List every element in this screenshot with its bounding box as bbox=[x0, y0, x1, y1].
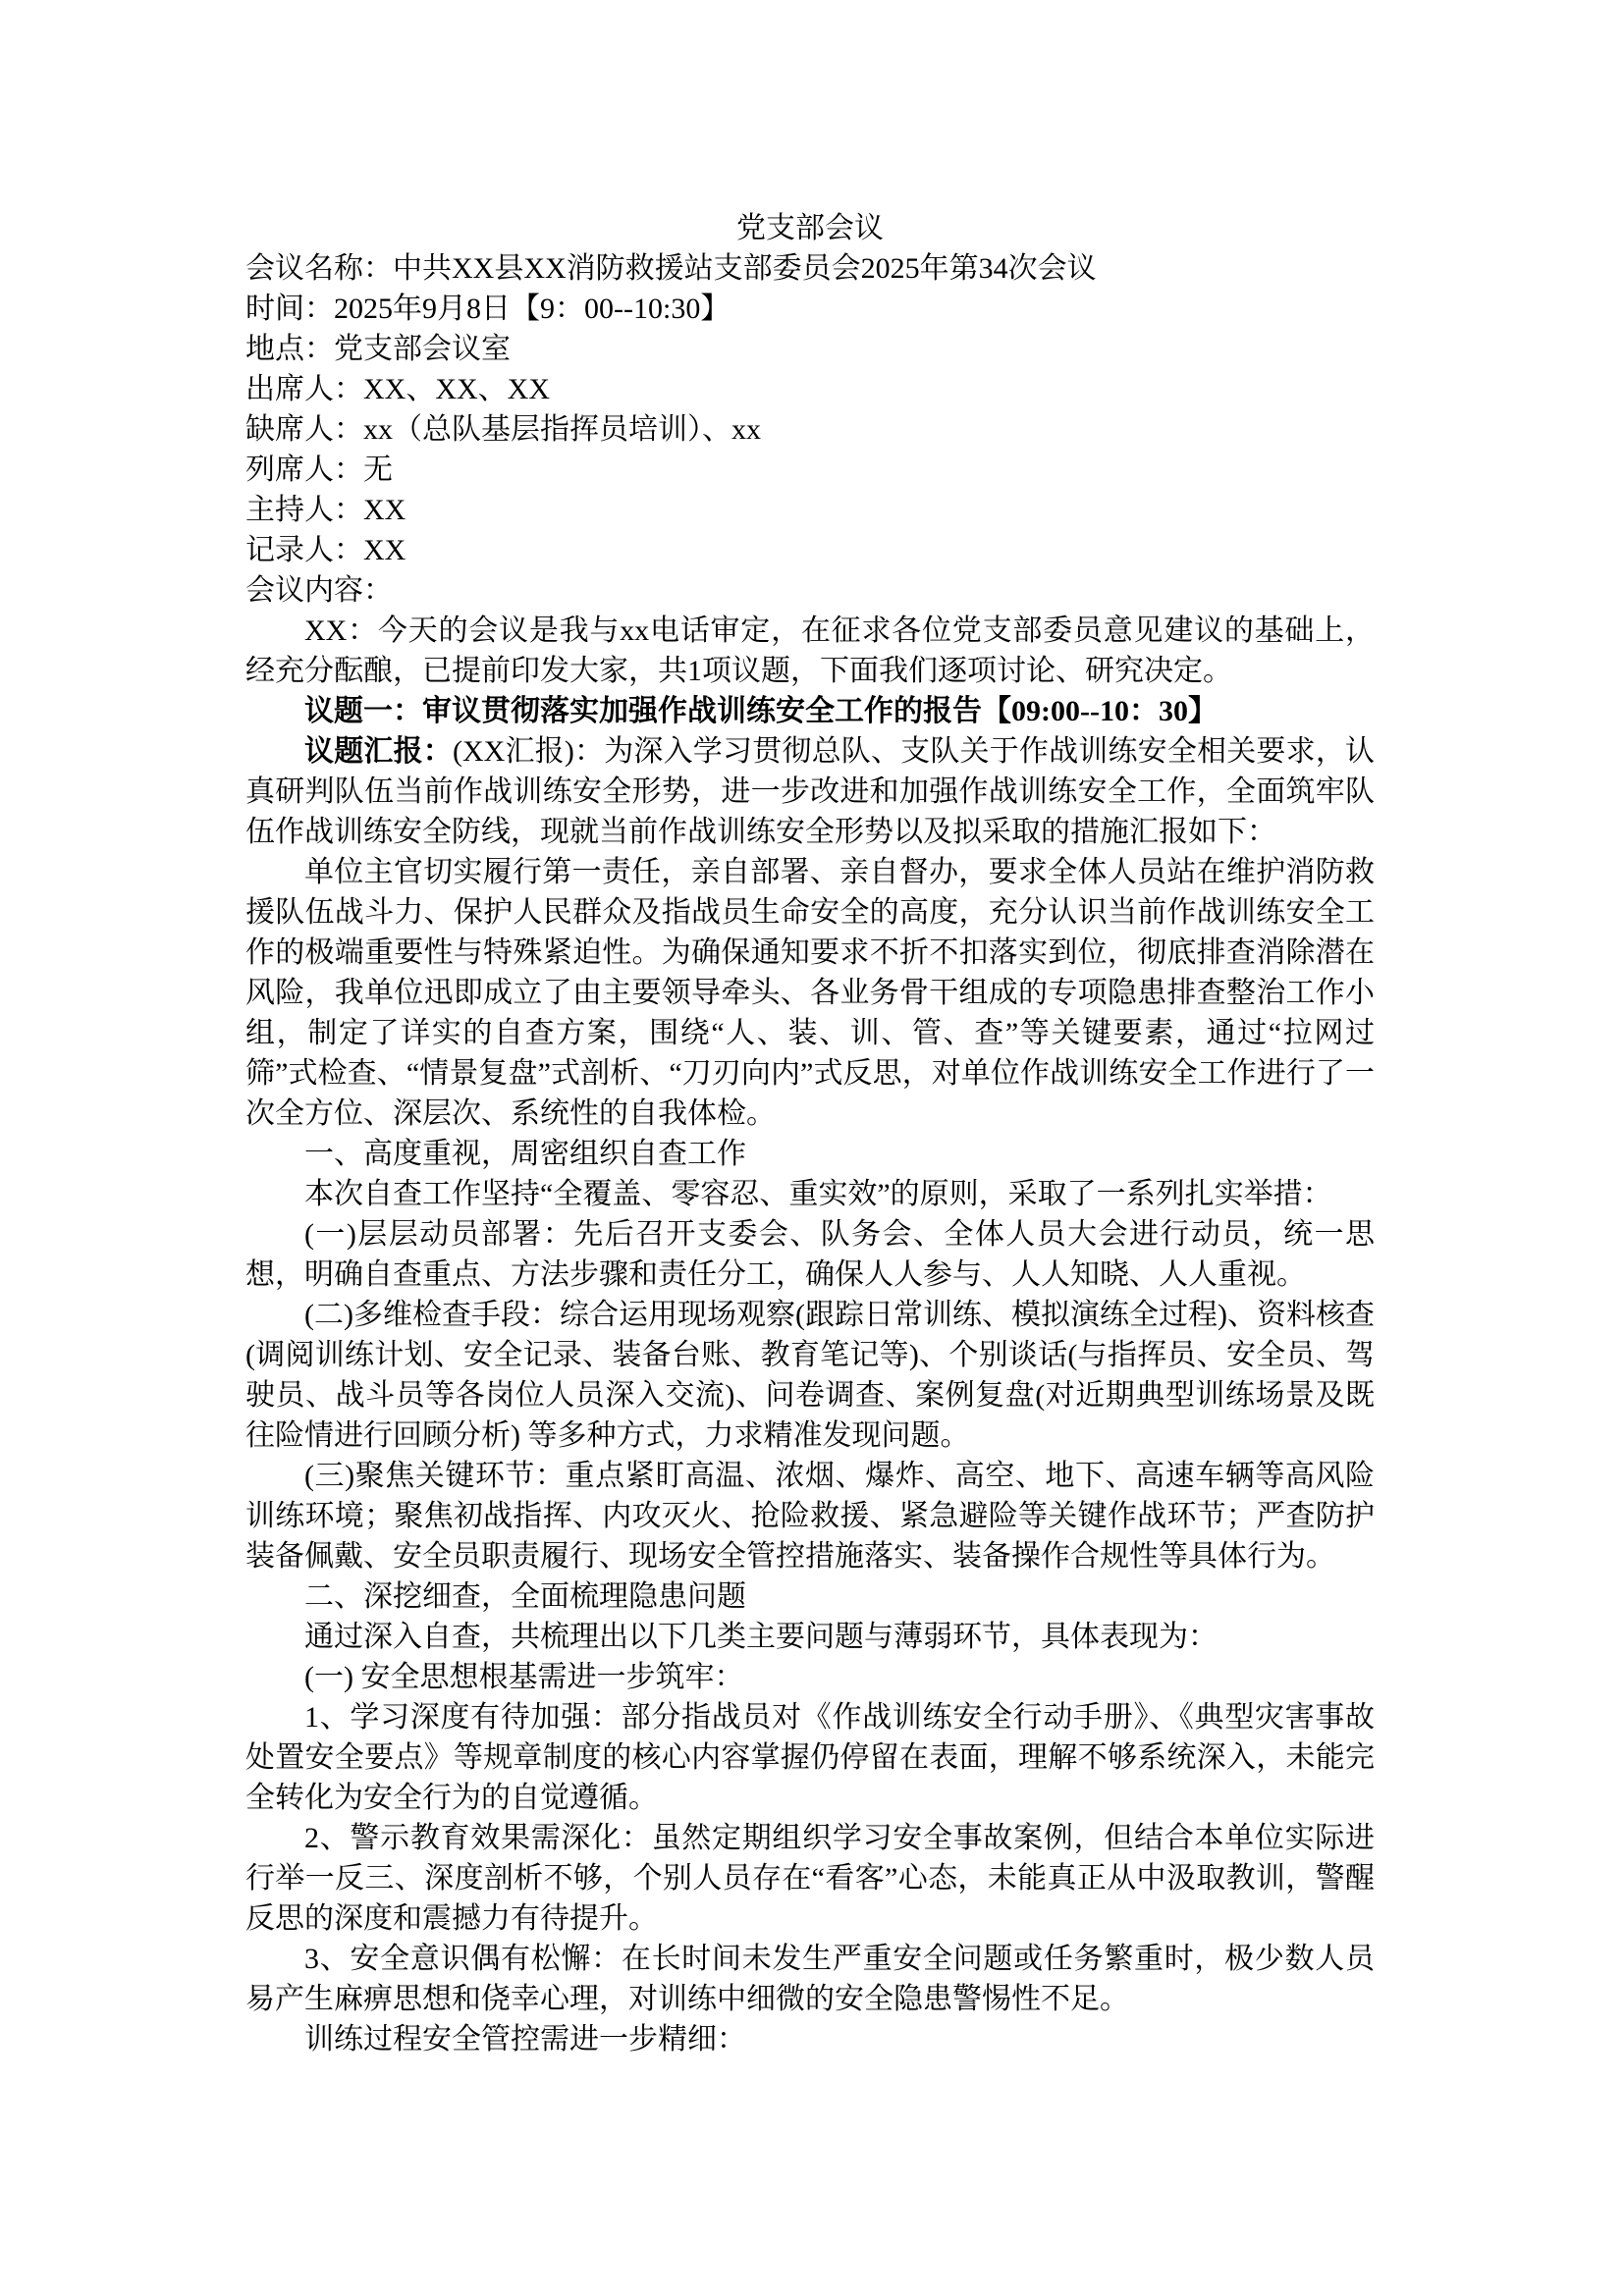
body-text: 二、深挖细查，全面梳理隐患问题 bbox=[304, 1580, 746, 1613]
paragraph: (一)层层动员部署：先后召开支委会、队务会、全体人员大会进行动员，统一思想，明确… bbox=[245, 1214, 1375, 1295]
paragraph: 议题汇报：(XX汇报)：为深入学习贯彻总队、支队关于作战训练安全相关要求，认真研… bbox=[245, 731, 1375, 852]
body-text: 通过深入自查，共梳理出以下几类主要问题与薄弱环节，具体表现为： bbox=[304, 1621, 1218, 1653]
paragraph: 训练过程安全管控需进一步精细： bbox=[245, 2019, 1375, 2059]
body-text: 2、警示教育效果需深化：虽然定期组织学习安全事故案例，但结合本单位实际进行举一反… bbox=[245, 1822, 1375, 1935]
body-text: 时间：2025年9月8日【9：00--10:30】 bbox=[245, 293, 730, 325]
paragraph: 单位主官切实履行第一责任，亲自部署、亲自督办，要求全体人员站在维护消防救援队伍战… bbox=[245, 852, 1375, 1134]
paragraph: 3、安全意识偶有松懈：在长时间未发生严重安全问题或任务繁重时，极少数人员易产生麻… bbox=[245, 1939, 1375, 2019]
body-text: 列席人：无 bbox=[245, 454, 393, 486]
body-text: 记录人：XX bbox=[245, 534, 406, 566]
document-page: 党支部会议 会议名称：中共XX县XX消防救援站支部委员会2025年第34次会议时… bbox=[0, 0, 1624, 2296]
paragraph: 议题一：审议贯彻落实加强作战训练安全工作的报告【09:00--10：30】 bbox=[245, 691, 1375, 731]
body-text: 训练过程安全管控需进一步精细： bbox=[304, 2023, 746, 2056]
body-text: 会议内容： bbox=[245, 574, 393, 607]
paragraph: 1、学习深度有待加强：部分指战员对《作战训练安全行动手册》、《典型灾害事故处置安… bbox=[245, 1697, 1375, 1818]
body-text: 出席人：XX、XX、XX bbox=[245, 373, 550, 405]
body-text: 1、学习深度有待加强：部分指战员对《作战训练安全行动手册》、《典型灾害事故处置安… bbox=[245, 1701, 1375, 1814]
body-text: (二)多维检查手段：综合运用现场观察(跟踪日常训练、模拟演练全过程)、资料核查(… bbox=[245, 1299, 1375, 1452]
body-text: 会议名称：中共XX县XX消防救援站支部委员会2025年第34次会议 bbox=[245, 252, 1097, 285]
body-text: 一、高度重视，周密组织自查工作 bbox=[304, 1138, 746, 1170]
body-text: 缺席人：xx（总队基层指挥员培训）、xx bbox=[245, 413, 761, 446]
paragraph: (一) 安全思想根基需进一步筑牢： bbox=[245, 1657, 1375, 1697]
bold-text: 议题一：审议贯彻落实加强作战训练安全工作的报告【09:00--10：30】 bbox=[304, 695, 1218, 727]
body-text: 单位主官切实履行第一责任，亲自部署、亲自督办，要求全体人员站在维护消防救援队伍战… bbox=[245, 856, 1375, 1130]
body-text: XX：今天的会议是我与xx电话审定，在征求各位党支部委员意见建议的基础上，经充分… bbox=[245, 614, 1375, 687]
paragraph: (三)聚焦关键环节：重点紧盯高温、浓烟、爆炸、高空、地下、高速车辆等高风险训练环… bbox=[245, 1456, 1375, 1576]
meta-line: 出席人：XX、XX、XX bbox=[245, 369, 1375, 409]
paragraph: XX：今天的会议是我与xx电话审定，在征求各位党支部委员意见建议的基础上，经充分… bbox=[245, 611, 1375, 691]
body-text: 本次自查工作坚持“全覆盖、零容忍、重实效”的原则，采取了一系列扎实举措： bbox=[304, 1178, 1332, 1210]
meta-line: 时间：2025年9月8日【9：00--10:30】 bbox=[245, 289, 1375, 329]
body-text: (一) 安全思想根基需进一步筑牢： bbox=[304, 1661, 743, 1693]
meta-line: 地点：党支部会议室 bbox=[245, 329, 1375, 369]
bold-text: 议题汇报： bbox=[304, 735, 453, 768]
meta-line: 会议名称：中共XX县XX消防救援站支部委员会2025年第34次会议 bbox=[245, 248, 1375, 289]
meta-line: 会议内容： bbox=[245, 570, 1375, 611]
meta-line: 列席人：无 bbox=[245, 450, 1375, 490]
paragraph: 通过深入自查，共梳理出以下几类主要问题与薄弱环节，具体表现为： bbox=[245, 1617, 1375, 1657]
body-text: 地点：党支部会议室 bbox=[245, 333, 511, 365]
body-text: 3、安全意识偶有松懈：在长时间未发生严重安全问题或任务繁重时，极少数人员易产生麻… bbox=[245, 1943, 1375, 2015]
meta-line: 记录人：XX bbox=[245, 530, 1375, 570]
document-title: 党支部会议 bbox=[245, 208, 1375, 248]
paragraph: 二、深挖细查，全面梳理隐患问题 bbox=[245, 1576, 1375, 1617]
body-text: (一)层层动员部署：先后召开支委会、队务会、全体人员大会进行动员，统一思想，明确… bbox=[245, 1218, 1375, 1291]
paragraph: 本次自查工作坚持“全覆盖、零容忍、重实效”的原则，采取了一系列扎实举措： bbox=[245, 1174, 1375, 1214]
paragraph: 2、警示教育效果需深化：虽然定期组织学习安全事故案例，但结合本单位实际进行举一反… bbox=[245, 1818, 1375, 1939]
meta-line: 缺席人：xx（总队基层指挥员培训）、xx bbox=[245, 409, 1375, 450]
meta-line: 主持人：XX bbox=[245, 490, 1375, 530]
paragraph: 一、高度重视，周密组织自查工作 bbox=[245, 1134, 1375, 1174]
body-text: (三)聚焦关键环节：重点紧盯高温、浓烟、爆炸、高空、地下、高速车辆等高风险训练环… bbox=[245, 1460, 1375, 1573]
document-body: 会议名称：中共XX县XX消防救援站支部委员会2025年第34次会议时间：2025… bbox=[245, 248, 1375, 2059]
body-text: 主持人：XX bbox=[245, 494, 406, 526]
paragraph: (二)多维检查手段：综合运用现场观察(跟踪日常训练、模拟演练全过程)、资料核查(… bbox=[245, 1295, 1375, 1456]
